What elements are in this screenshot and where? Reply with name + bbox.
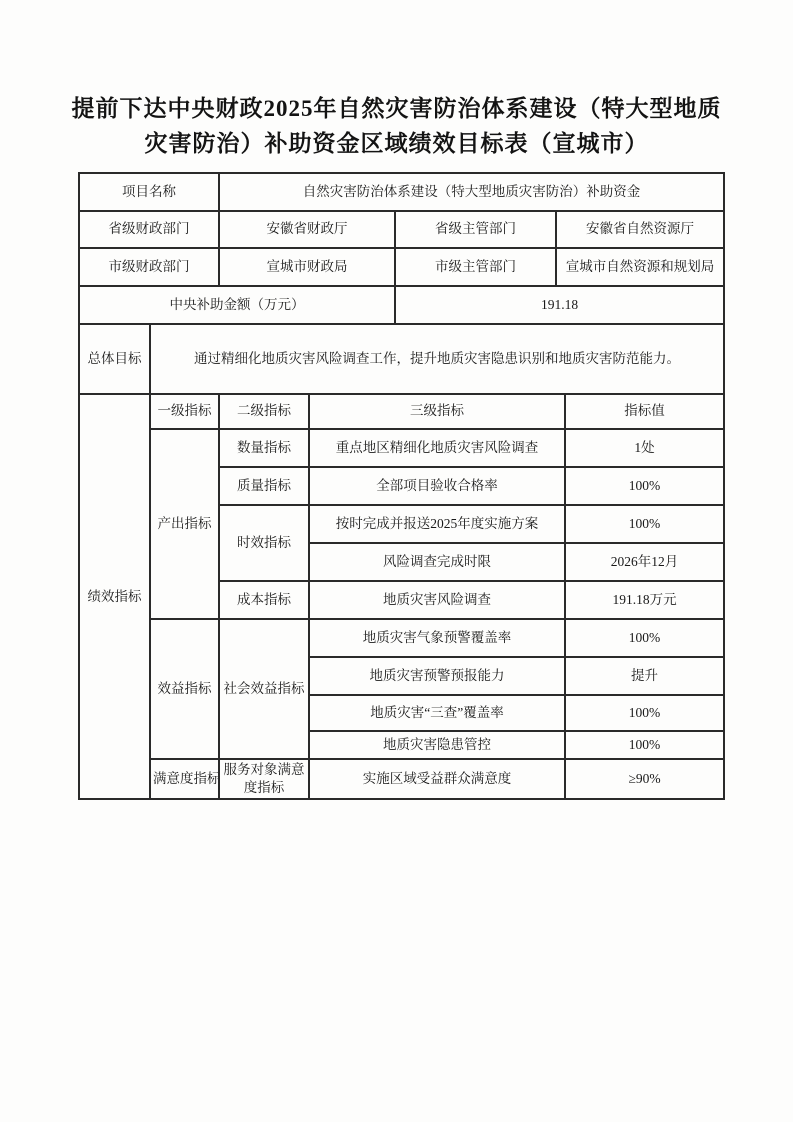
indicator-l3-5: 地质灾害气象预警覆盖率 [309, 619, 565, 657]
header-value: 指标值 [565, 394, 724, 429]
indicator-l3-3: 风险调查完成时限 [309, 543, 565, 581]
indicator-value-4: 191.18万元 [565, 581, 724, 619]
indicator-row: 满意度指标 服务对象满意度指标 实施区域受益群众满意度 ≥90% [79, 759, 724, 799]
row-project-name: 项目名称 自然灾害防治体系建设（特大型地质灾害防治）补助资金 [79, 173, 724, 211]
indicator-value-5: 100% [565, 619, 724, 657]
row-provincial-depts: 省级财政部门 安徽省财政厅 省级主管部门 安徽省自然资源厅 [79, 211, 724, 248]
indicators-section-label: 绩效指标 [79, 394, 150, 799]
row-indicator-headers: 绩效指标 一级指标 二级指标 三级指标 指标值 [79, 394, 724, 429]
header-level2: 二级指标 [219, 394, 309, 429]
indicator-l3-8: 地质灾害隐患管控 [309, 731, 565, 759]
project-name-label: 项目名称 [79, 173, 219, 211]
subsidy-label: 中央补助金额（万元） [79, 286, 395, 324]
city-finance-value: 宣城市财政局 [219, 248, 395, 286]
subsidy-value: 191.18 [395, 286, 724, 324]
indicator-l3-0: 重点地区精细化地质灾害风险调查 [309, 429, 565, 467]
indicator-value-1: 100% [565, 467, 724, 505]
performance-target-table: 项目名称 自然灾害防治体系建设（特大型地质灾害防治）补助资金 省级财政部门 安徽… [78, 172, 725, 800]
level2-quality: 质量指标 [219, 467, 309, 505]
indicator-l3-1: 全部项目验收合格率 [309, 467, 565, 505]
level1-output: 产出指标 [150, 429, 219, 619]
doc-title: 提前下达中央财政2025年自然灾害防治体系建设（特大型地质 灾害防治）补助资金区… [40, 91, 753, 161]
indicator-value-6: 提升 [565, 657, 724, 695]
indicator-row: 产出指标 数量指标 重点地区精细化地质灾害风险调查 1处 [79, 429, 724, 467]
indicator-value-3: 2026年12月 [565, 543, 724, 581]
level2-service: 服务对象满意度指标 [219, 759, 309, 799]
doc-title-line-2: 灾害防治）补助资金区域绩效目标表（宣城市） [40, 126, 753, 161]
level2-time: 时效指标 [219, 505, 309, 581]
indicator-row: 效益指标 社会效益指标 地质灾害气象预警覆盖率 100% [79, 619, 724, 657]
provincial-dept-value: 安徽省自然资源厅 [556, 211, 724, 248]
doc-title-line-1: 提前下达中央财政2025年自然灾害防治体系建设（特大型地质 [40, 91, 753, 126]
level2-cost: 成本指标 [219, 581, 309, 619]
indicator-value-0: 1处 [565, 429, 724, 467]
indicator-l3-2: 按时完成并报送2025年度实施方案 [309, 505, 565, 543]
row-overall-goal: 总体目标 通过精细化地质灾害风险调查工作，提升地质灾害隐患识别和地质灾害防范能力… [79, 324, 724, 394]
level2-social: 社会效益指标 [219, 619, 309, 759]
level1-satisfaction: 满意度指标 [150, 759, 219, 799]
indicator-l3-9: 实施区域受益群众满意度 [309, 759, 565, 799]
indicator-value-2: 100% [565, 505, 724, 543]
city-finance-label: 市级财政部门 [79, 248, 219, 286]
row-subsidy: 中央补助金额（万元） 191.18 [79, 286, 724, 324]
overall-goal-label: 总体目标 [79, 324, 150, 394]
indicator-value-8: 100% [565, 731, 724, 759]
level1-benefit: 效益指标 [150, 619, 219, 759]
city-dept-value: 宣城市自然资源和规划局 [556, 248, 724, 286]
project-name-value: 自然灾害防治体系建设（特大型地质灾害防治）补助资金 [219, 173, 724, 211]
overall-goal-value: 通过精细化地质灾害风险调查工作，提升地质灾害隐患识别和地质灾害防范能力。 [150, 324, 724, 394]
row-city-depts: 市级财政部门 宣城市财政局 市级主管部门 宣城市自然资源和规划局 [79, 248, 724, 286]
level2-quantity: 数量指标 [219, 429, 309, 467]
indicator-value-7: 100% [565, 695, 724, 731]
provincial-finance-label: 省级财政部门 [79, 211, 219, 248]
provincial-dept-label: 省级主管部门 [395, 211, 556, 248]
city-dept-label: 市级主管部门 [395, 248, 556, 286]
header-level1: 一级指标 [150, 394, 219, 429]
indicator-l3-7: 地质灾害“三查”覆盖率 [309, 695, 565, 731]
header-level3: 三级指标 [309, 394, 565, 429]
indicator-value-9: ≥90% [565, 759, 724, 799]
document-page: 提前下达中央财政2025年自然灾害防治体系建设（特大型地质 灾害防治）补助资金区… [0, 0, 793, 1122]
provincial-finance-value: 安徽省财政厅 [219, 211, 395, 248]
indicator-l3-6: 地质灾害预警预报能力 [309, 657, 565, 695]
indicator-l3-4: 地质灾害风险调查 [309, 581, 565, 619]
